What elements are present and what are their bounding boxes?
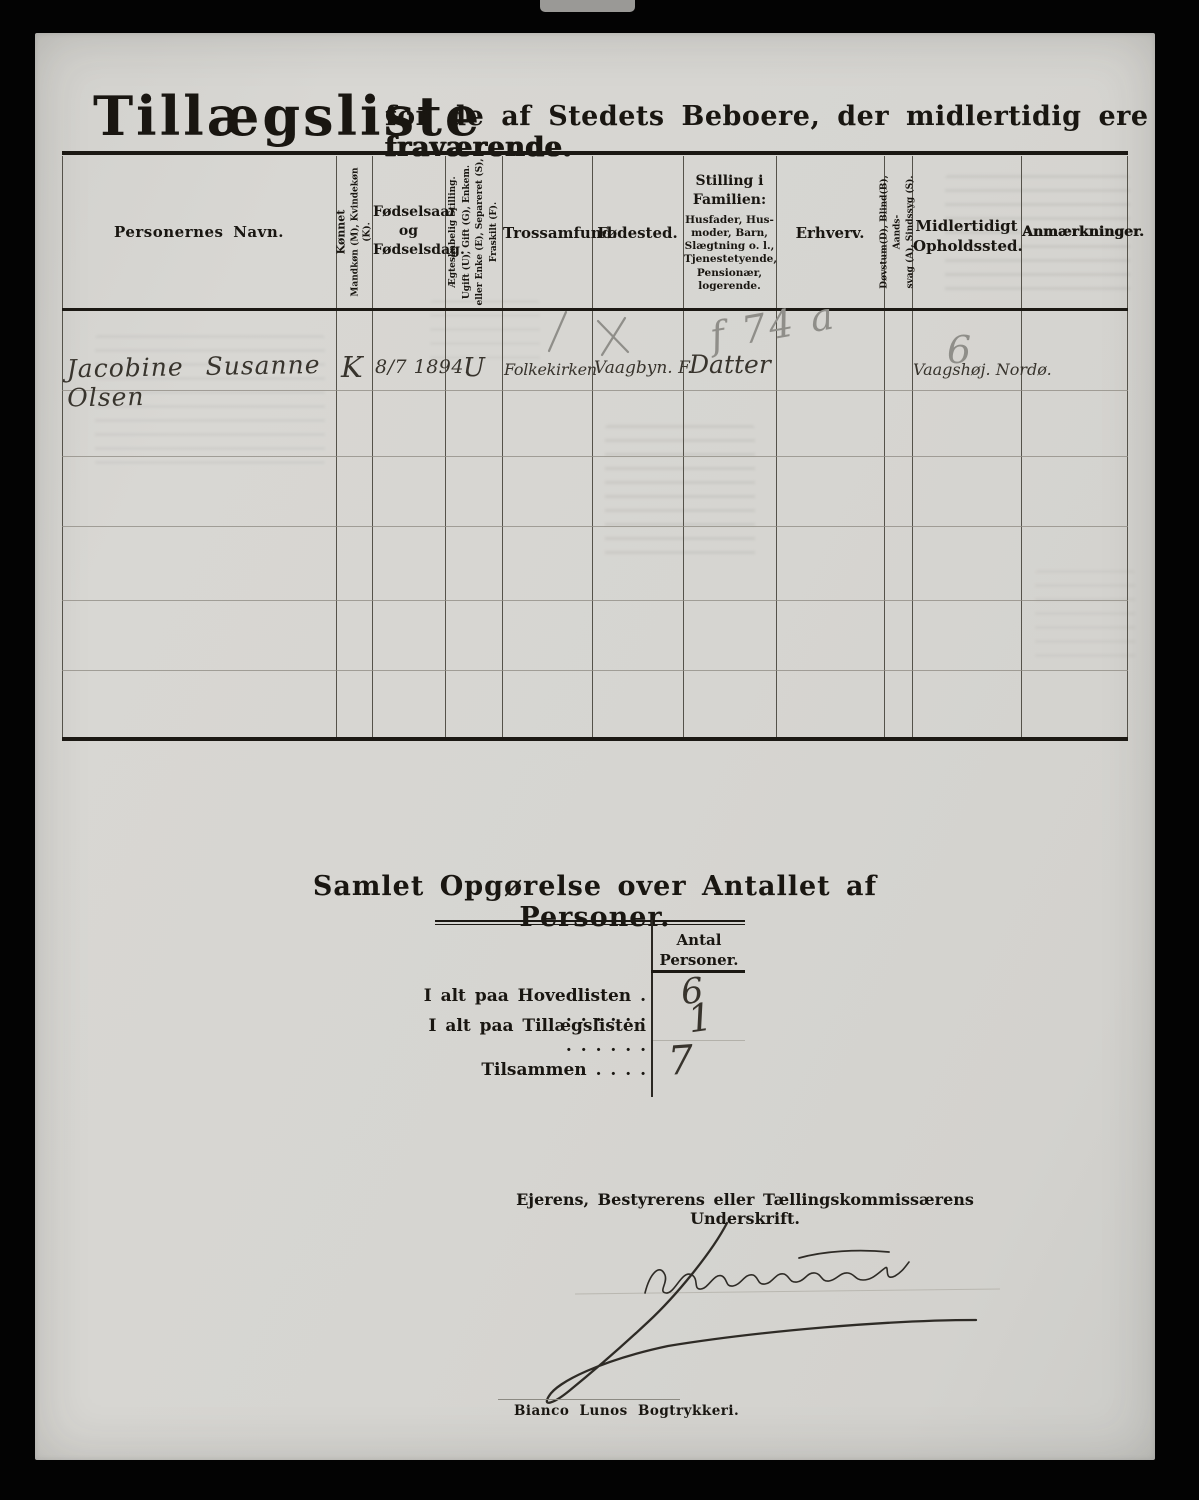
signature-top-stroke (799, 1251, 889, 1258)
signature-name-stroke (645, 1262, 909, 1293)
signature-label: Ejerens, Bestyrerens eller Tællingskommi… (480, 1190, 1010, 1228)
pencil-code-mark: f 74 a (704, 293, 840, 359)
pencil-slash-mark (549, 312, 566, 351)
pencil-x-mark (598, 318, 628, 355)
signature-baseline (575, 1289, 1000, 1294)
summary-top-rule-2 (435, 924, 745, 925)
signature-flourish (547, 1223, 976, 1403)
printer-imprint: Bianco Lunos Bogtrykkeri. (514, 1403, 739, 1419)
summary-value-tilsammen: 7 (666, 1037, 695, 1085)
summary-column-header: Antal Personer. (653, 931, 745, 970)
annotation-layer: f 74 a 6 (0, 0, 1199, 1500)
signature (547, 1223, 976, 1403)
summary-row-label: I alt paa Tillægslisten . . . . . . (420, 1016, 646, 1056)
summary-row-label: Tilsammen . . . . (420, 1060, 646, 1080)
summary-top-rule (435, 920, 745, 922)
imprint-rule (498, 1399, 680, 1400)
pencil-count-mark: 6 (947, 328, 971, 372)
scanned-census-form: Tillægsliste for de af Stedets Beboere, … (0, 0, 1199, 1500)
